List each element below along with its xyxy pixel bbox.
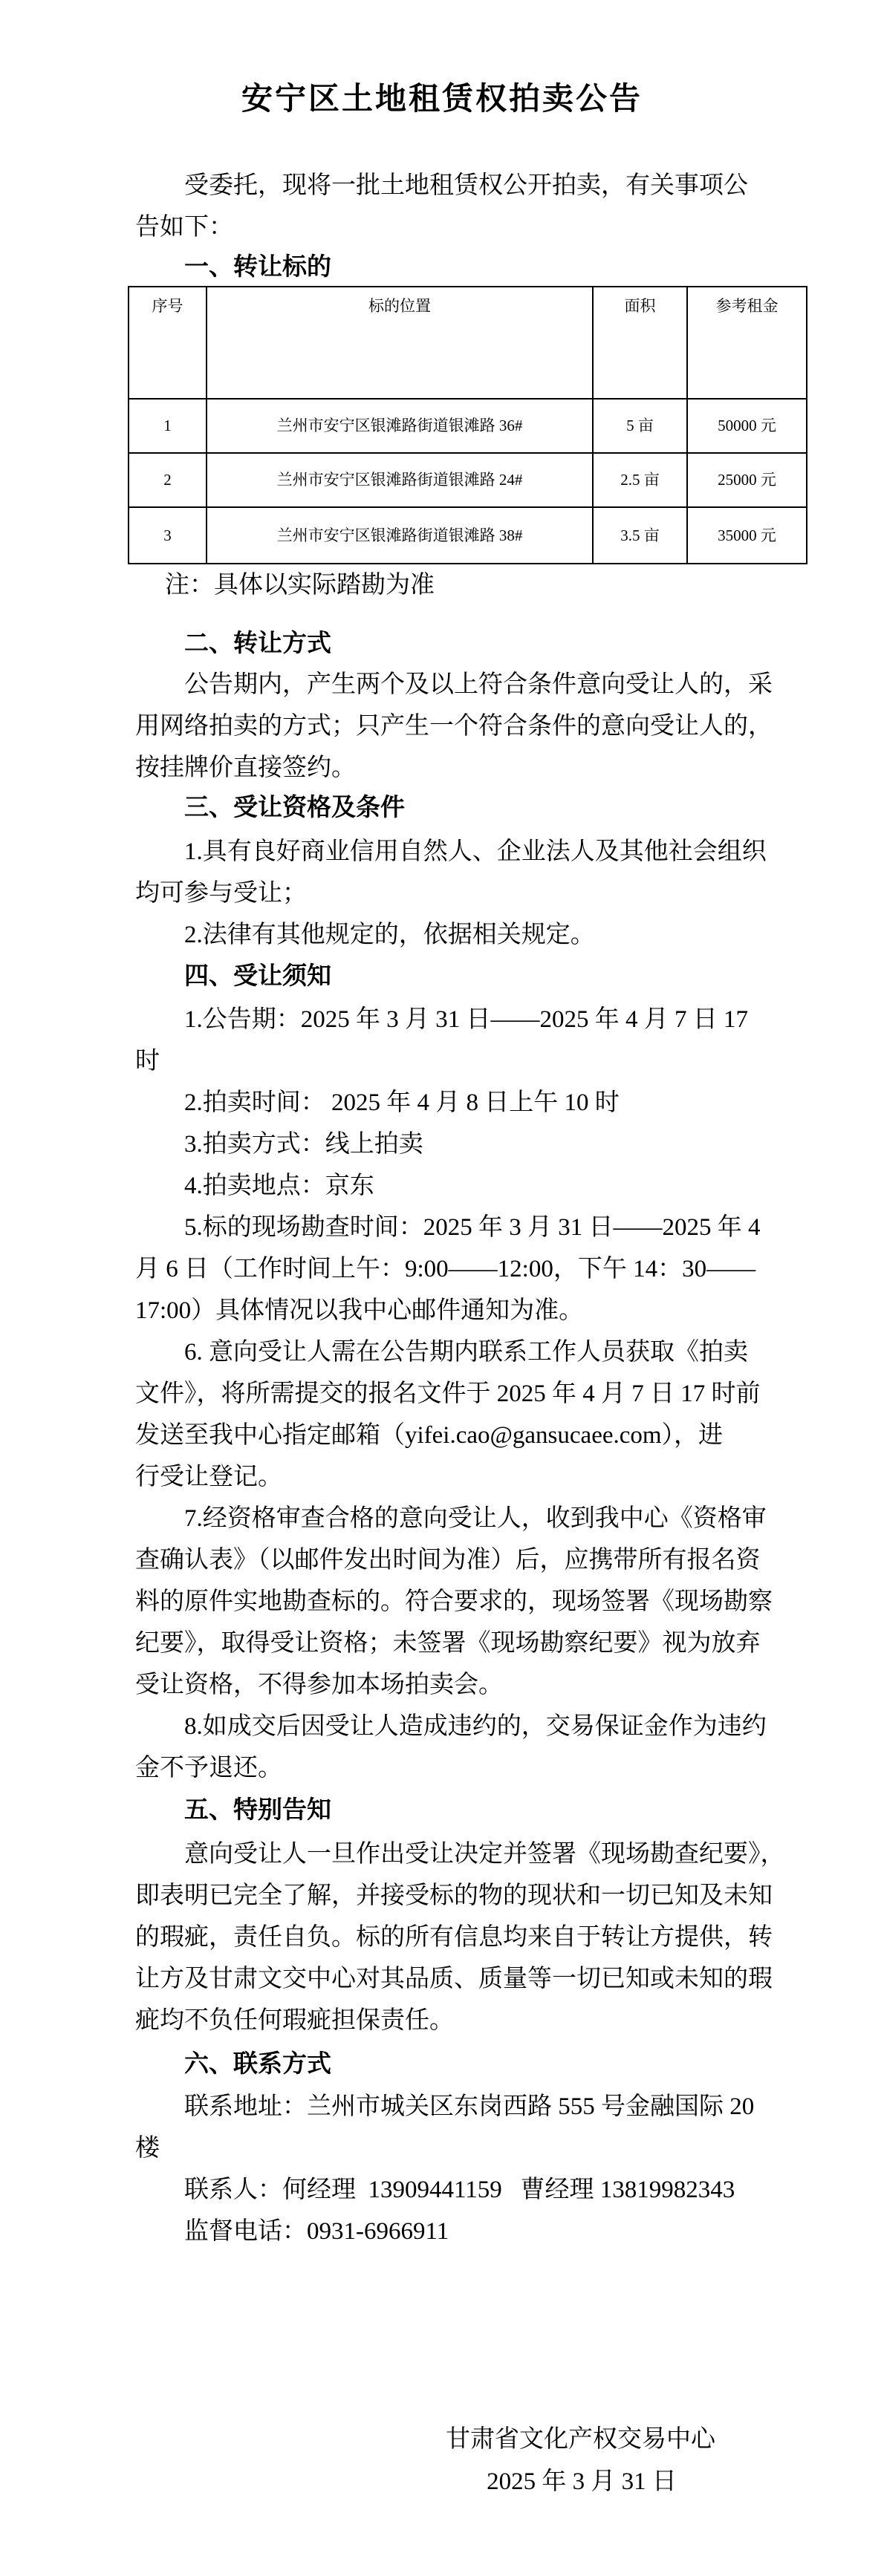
intro-line: 受委托，现将一批土地租赁权公开拍卖，有关事项公 bbox=[135, 165, 848, 206]
signature-date: 2025 年 3 月 31 日 bbox=[446, 2461, 718, 2503]
body-line: 纪要》，取得受让资格；未签署《现场勘察纪要》视为放弃 bbox=[135, 1623, 848, 1664]
col-header-seq: 序号 bbox=[129, 287, 207, 399]
body-line: 均可参与受让； bbox=[135, 873, 848, 914]
section-heading-6: 六、联系方式 bbox=[135, 2044, 848, 2085]
body-line: 3.拍卖方式：线上拍卖 bbox=[135, 1124, 848, 1165]
document-title: 安宁区土地租赁权拍卖公告 bbox=[0, 74, 884, 119]
cell-rent: 35000 元 bbox=[687, 507, 807, 564]
body-line: 公告期内，产生两个及以上符合条件意向受让人的，采 bbox=[135, 664, 848, 705]
cell-rent: 25000 元 bbox=[687, 453, 807, 507]
body-line: 让方及甘肃文交中心对其品质、质量等一切已知或未知的瑕 bbox=[135, 1958, 848, 2000]
body-line: 时 bbox=[135, 1040, 848, 1082]
col-header-area: 面积 bbox=[593, 287, 687, 399]
body-line: 4.拍卖地点：京东 bbox=[135, 1165, 848, 1207]
cell-location: 兰州市安宁区银滩路街道银滩路 36# bbox=[207, 399, 593, 453]
section-heading-4: 四、受让须知 bbox=[135, 956, 848, 997]
body-line: 用网络拍卖的方式；只产生一个符合条件的意向受让人的， bbox=[135, 705, 848, 747]
cell-seq: 2 bbox=[129, 453, 207, 507]
intro-line: 告如下： bbox=[135, 206, 848, 248]
supervision-phone-line: 监督电话：0931-6966911 bbox=[135, 2211, 848, 2252]
contact-address-line: 联系地址：兰州市城关区东岗西路 555 号金融国际 20 bbox=[135, 2086, 848, 2127]
section-6-paragraph: 联系地址：兰州市城关区东岗西路 555 号金融国际 20 楼 联系人：何经理 1… bbox=[135, 2086, 848, 2252]
contact-persons-line: 联系人：何经理 13909441159 曹经理 13819982343 bbox=[135, 2169, 848, 2211]
note-line: 注：具体以实际踏勘为准 bbox=[135, 564, 848, 606]
cell-area: 3.5 亩 bbox=[593, 507, 687, 564]
intro-paragraph: 受委托，现将一批土地租赁权公开拍卖，有关事项公 告如下： bbox=[135, 165, 848, 248]
signature-block: 甘肃省文化产权交易中心 2025 年 3 月 31 日 bbox=[446, 2419, 718, 2503]
body-line: 的瑕疵，责任自负。标的所有信息均来自于转让方提供，转 bbox=[135, 1917, 848, 1958]
body-line: 7.经资格审查合格的意向受让人，收到我中心《资格审 bbox=[135, 1498, 848, 1539]
section-3-paragraph: 1.具有良好商业信用自然人、企业法人及其他社会组织 均可参与受让； 2.法律有其… bbox=[135, 831, 848, 956]
body-line: 17:00）具体情况以我中心邮件通知为准。 bbox=[135, 1290, 848, 1331]
table-header-row: 序号 标的位置 面积 参考租金 bbox=[129, 287, 807, 399]
body-line: 发送至我中心指定邮箱（yifei.cao@gansucaee.com），进 bbox=[135, 1415, 848, 1456]
cell-location: 兰州市安宁区银滩路街道银滩路 24# bbox=[207, 453, 593, 507]
body-line: 6. 意向受让人需在公告期内联系工作人员获取《拍卖 bbox=[135, 1331, 848, 1373]
cell-area: 5 亩 bbox=[593, 399, 687, 453]
section-heading-5: 五、特别告知 bbox=[135, 1790, 848, 1831]
table-row: 3 兰州市安宁区银滩路街道银滩路 38# 3.5 亩 35000 元 bbox=[129, 507, 807, 564]
body-line: 疵均不负任何瑕疵担保责任。 bbox=[135, 2000, 848, 2041]
section-2-paragraph: 公告期内，产生两个及以上符合条件意向受让人的，采 用网络拍卖的方式；只产生一个符… bbox=[135, 664, 848, 789]
body-line: 5.标的现场勘查时间：2025 年 3 月 31 日——2025 年 4 bbox=[135, 1207, 848, 1248]
body-line: 金不予退还。 bbox=[135, 1747, 848, 1789]
body-line: 1.具有良好商业信用自然人、企业法人及其他社会组织 bbox=[135, 831, 848, 873]
body-line: 意向受让人一旦作出受让决定并签署《现场勘查纪要》， bbox=[135, 1833, 848, 1875]
body-line: 1.公告期：2025 年 3 月 31 日——2025 年 4 月 7 日 17 bbox=[135, 999, 848, 1040]
body-line: 查确认表》（以邮件发出时间为准）后，应携带所有报名资 bbox=[135, 1539, 848, 1581]
section-5-paragraph: 意向受让人一旦作出受让决定并签署《现场勘查纪要》， 即表明已完全了解，并接受标的… bbox=[135, 1833, 848, 2041]
table-row: 2 兰州市安宁区银滩路街道银滩路 24# 2.5 亩 25000 元 bbox=[129, 453, 807, 507]
body-line: 即表明已完全了解，并接受标的物的现状和一切已知及未知 bbox=[135, 1875, 848, 1917]
cell-area: 2.5 亩 bbox=[593, 453, 687, 507]
body-line: 月 6 日（工作时间上午：9:00——12:00，下午 14：30—— bbox=[135, 1248, 848, 1290]
transfer-targets-table: 序号 标的位置 面积 参考租金 1 兰州市安宁区银滩路街道银滩路 36# 5 亩… bbox=[128, 286, 807, 564]
body-line: 2.法律有其他规定的，依据相关规定。 bbox=[135, 914, 848, 956]
table-row: 1 兰州市安宁区银滩路街道银滩路 36# 5 亩 50000 元 bbox=[129, 399, 807, 453]
body-line: 2.拍卖时间： 2025 年 4 月 8 日上午 10 时 bbox=[135, 1082, 848, 1124]
cell-location: 兰州市安宁区银滩路街道银滩路 38# bbox=[207, 507, 593, 564]
body-line: 文件》，将所需提交的报名文件于 2025 年 4 月 7 日 17 时前 bbox=[135, 1373, 848, 1415]
section-4-paragraph: 1.公告期：2025 年 3 月 31 日——2025 年 4 月 7 日 17… bbox=[135, 999, 848, 1789]
section-heading-2: 二、转让方式 bbox=[135, 623, 848, 665]
cell-seq: 1 bbox=[129, 399, 207, 453]
contact-address-line: 楼 bbox=[135, 2127, 848, 2169]
body-line: 受让资格，不得参加本场拍卖会。 bbox=[135, 1664, 848, 1706]
body-line: 行受让登记。 bbox=[135, 1456, 848, 1498]
body-line: 按挂牌价直接签约。 bbox=[135, 747, 848, 789]
table-note: 注：具体以实际踏勘为准 bbox=[135, 564, 848, 606]
col-header-rent: 参考租金 bbox=[687, 287, 807, 399]
cell-rent: 50000 元 bbox=[687, 399, 807, 453]
cell-seq: 3 bbox=[129, 507, 207, 564]
section-heading-3: 三、受让资格及条件 bbox=[135, 787, 848, 829]
section-heading-1: 一、转让标的 bbox=[135, 247, 848, 288]
body-line: 料的原件实地勘查标的。符合要求的，现场签署《现场勘察 bbox=[135, 1581, 848, 1623]
body-line: 8.如成交后因受让人造成违约的，交易保证金作为违约 bbox=[135, 1706, 848, 1747]
col-header-location: 标的位置 bbox=[207, 287, 593, 399]
signature-organization: 甘肃省文化产权交易中心 bbox=[446, 2419, 718, 2461]
